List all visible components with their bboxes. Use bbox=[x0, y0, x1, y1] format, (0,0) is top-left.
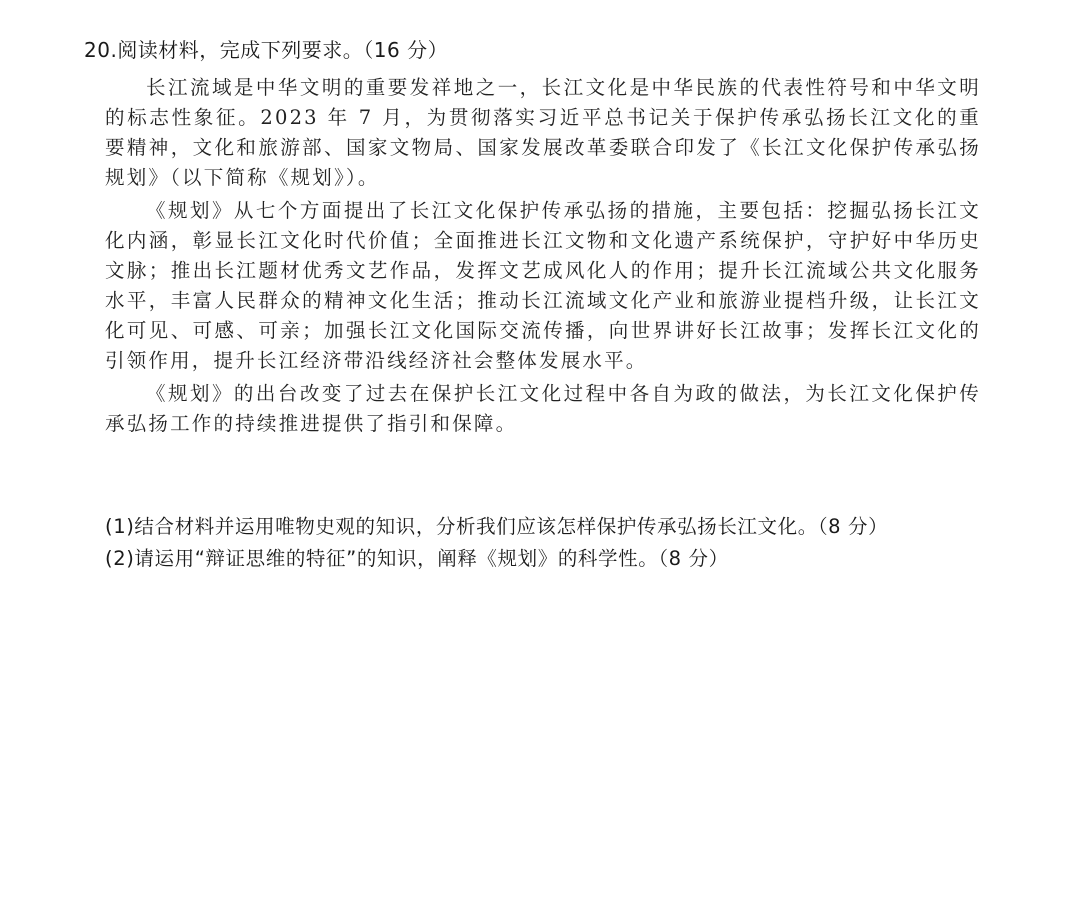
exam-page: 20.阅读材料，完成下列要求。（16 分） 长江流域是中华文明的重要发祥地之一，… bbox=[0, 0, 1080, 913]
subquestion-text: 请运用“辩证思维的特征”的知识，阐释《规划》的科学性。 bbox=[134, 547, 658, 570]
subquestion-label: (1) bbox=[105, 515, 134, 538]
subquestion-text: 结合材料并运用唯物史观的知识，分析我们应该怎样保护传承弘扬长江文化。 bbox=[134, 515, 817, 538]
subquestion-label: (2) bbox=[105, 547, 134, 570]
question-points: （16 分） bbox=[363, 38, 448, 62]
material-paragraph-2: 《规划》从七个方面提出了长江文化保护传承弘扬的措施，主要包括：挖掘弘扬长江文化内… bbox=[105, 196, 981, 376]
question-instruction: 阅读材料，完成下列要求。 bbox=[117, 38, 363, 62]
question-heading: 20.阅读材料，完成下列要求。（16 分） bbox=[84, 36, 448, 64]
reading-material: 长江流域是中华文明的重要发祥地之一，长江文化是中华民族的代表性符号和中华文明的标… bbox=[105, 70, 981, 439]
subquestion-2: (2)请运用“辩证思维的特征”的知识，阐释《规划》的科学性。（8 分） bbox=[105, 543, 995, 575]
subquestion-1: (1)结合材料并运用唯物史观的知识，分析我们应该怎样保护传承弘扬长江文化。（8 … bbox=[105, 511, 995, 543]
subquestion-points: （8 分） bbox=[818, 515, 888, 538]
subquestion-points: （8 分） bbox=[658, 547, 728, 570]
subquestion-list: (1)结合材料并运用唯物史观的知识，分析我们应该怎样保护传承弘扬长江文化。（8 … bbox=[105, 511, 995, 575]
material-paragraph-1: 长江流域是中华文明的重要发祥地之一，长江文化是中华民族的代表性符号和中华文明的标… bbox=[105, 73, 981, 193]
question-number: 20. bbox=[84, 38, 117, 62]
material-paragraph-3: 《规划》的出台改变了过去在保护长江文化过程中各自为政的做法，为长江文化保护传承弘… bbox=[105, 379, 981, 439]
